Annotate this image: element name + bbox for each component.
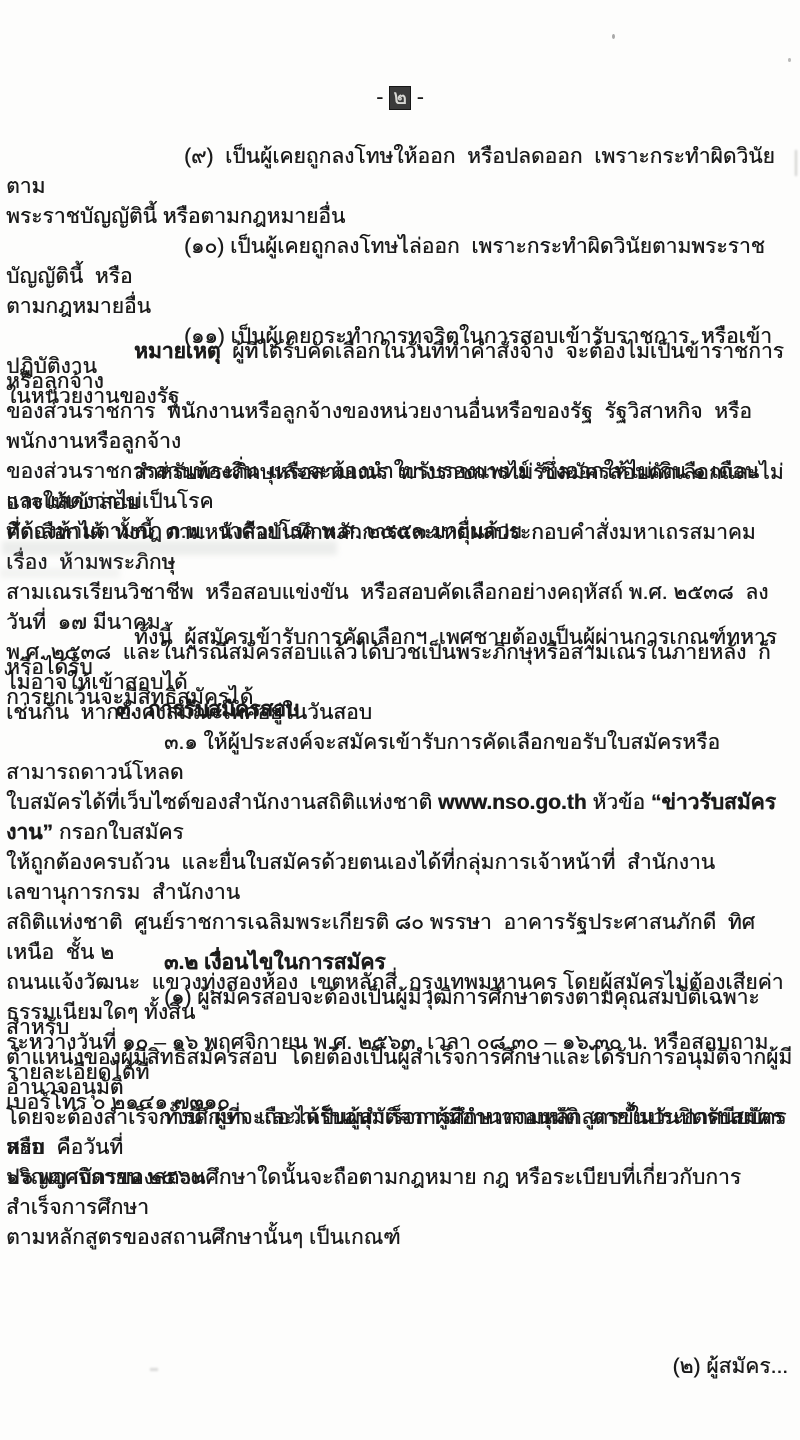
text-line: สำหรับพระภิกษุหรือสามเณร ทางราชการไม่รับ… [6,458,794,518]
text-segment: สำหรับพระภิกษุหรือสามเณร ทางราชการไม่รับ… [6,461,784,514]
text-line: ปริญญาบัตรของสถานศึกษาใดนั้นจะถือตามกฎหม… [6,1163,794,1223]
text-segment: (๙) เป็นผู้เคยถูกลงโทษให้ออก หรือปลดออก … [6,145,775,198]
text-line: ๓.๑ ให้ผู้ประสงค์จะสมัครเข้ารับการคัดเลื… [6,728,794,788]
text-segment: ๓.๑ ให้ผู้ประสงค์จะสมัครเข้ารับการคัดเลื… [6,731,720,784]
text-segment: หมายเหตุ [134,340,220,363]
text-line: ตำแหน่งของผู้มีสิทธิสมัครสอบ โดยต้องเป็น… [6,1043,794,1103]
text-segment: ของส่วนราชการ พนักงานหรือลูกจ้างของหน่วย… [6,400,752,453]
text-line: ตามหลักสูตรของสถานศึกษานั้นๆ เป็นเกณฑ์ [6,1223,794,1253]
text-segment: (๑) ผู้สมัครสอบจะต้องเป็นผู้มีวุฒิการศึก… [6,986,760,1039]
text-line: (๙) เป็นผู้เคยถูกลงโทษให้ออก หรือปลดออก … [6,142,794,202]
text-segment: (๑๐) เป็นผู้เคยถูกลงโทษไล่ออก เพราะกระทำ… [6,235,765,288]
text-line: - ๒ - [0,83,800,113]
paragraph-graduation-note: ทั้งนี้ ผู้ที่จะถือว่าเป็นผู้สำเร็จการศึ… [6,1103,794,1253]
text-segment: ตามกฎหมายอื่น [6,295,151,318]
text-line: ใบสมัครได้ที่เว็บไซต์ของสำนักงานสถิติแห่… [6,788,794,848]
text-segment: ๓.๒ เงื่อนไขในการสมัคร [164,951,386,974]
page-numeral: ๒ [389,86,411,110]
text-line: ของส่วนราชการ พนักงานหรือลูกจ้างของหน่วย… [6,397,794,457]
text-segment: - [411,86,424,109]
scan-speck [150,1368,158,1371]
scan-speck [795,150,797,176]
text-segment: ใบสมัครได้ที่เว็บไซต์ของสำนักงานสถิติแห่… [6,791,438,814]
text-segment: ๓. การรับสมัครสอบ [116,698,299,721]
scanned-document-page: - ๒ - (๙) เป็นผู้เคยถูกลงโทษให้ออก หรือป… [0,0,800,1440]
text-line: ๓.๒ เงื่อนไขในการสมัคร [6,948,794,978]
text-segment: - [376,86,389,109]
text-line: ตามกฎหมายอื่น [6,292,794,322]
text-segment: คัดเลือกได้ ทั้งนี้ ตามหนังสือบันทึกหลัก… [6,521,767,574]
text-segment: กรอกใบสมัคร [53,821,184,844]
text-segment: ตำแหน่งของผู้มีสิทธิสมัครสอบ โดยต้องเป็น… [6,1046,792,1099]
text-segment: ทั้งนี้ ผู้สมัครเข้ารับการคัดเลือกฯ เพศช… [6,626,789,679]
text-segment: ให้ถูกต้องครบถ้วน และยื่นใบสมัครด้วยตนเอ… [6,851,715,904]
text-line: คัดเลือกได้ ทั้งนี้ ตามหนังสือบันทึกหลัก… [6,518,794,578]
section-3-heading: ๓. การรับสมัครสอบ [6,695,794,725]
text-line: ทั้งนี้ ผู้ที่จะถือว่าเป็นผู้สำเร็จการศึ… [6,1103,794,1163]
text-segment: ปริญญาบัตรของสถานศึกษาใดนั้นจะถือตามกฎหม… [6,1166,741,1219]
scan-speck [612,34,615,39]
text-line: (๑๐) เป็นผู้เคยถูกลงโทษไล่ออก เพราะกระทำ… [6,232,794,292]
scan-speck [788,58,791,62]
text-segment: พระราชบัญญัตินี้ หรือตามกฎหมายอื่น [6,205,345,228]
section-3-2-heading: ๓.๒ เงื่อนไขในการสมัคร [6,948,794,978]
text-line: ๓. การรับสมัครสอบ [6,695,794,725]
text-line: (๑) ผู้สมัครสอบจะต้องเป็นผู้มีวุฒิการศึก… [6,983,794,1043]
text-segment: ทั้งนี้ ผู้ที่จะถือว่าเป็นผู้สำเร็จการศึ… [6,1106,798,1159]
page-number: - ๒ - [0,83,800,113]
continuation-note: (๒) ผู้สมัคร... [673,1352,788,1382]
text-line: ทั้งนี้ ผู้สมัครเข้ารับการคัดเลือกฯ เพศช… [6,623,794,683]
text-line: หมายเหตุ ผู้ที่ได้รับคัดเลือกในวันที่ทำค… [6,337,794,397]
text-segment: www.nso.go.th [438,791,587,814]
text-line: ให้ถูกต้องครบถ้วน และยื่นใบสมัครด้วยตนเอ… [6,848,794,908]
text-segment: ตามหลักสูตรของสถานศึกษานั้นๆ เป็นเกณฑ์ [6,1226,401,1249]
text-line: พระราชบัญญัตินี้ หรือตามกฎหมายอื่น [6,202,794,232]
text-segment: หัวข้อ [587,791,651,814]
text-segment: ผู้ที่ได้รับคัดเลือกในวันที่ทำคำสั่งจ้าง… [6,340,784,393]
